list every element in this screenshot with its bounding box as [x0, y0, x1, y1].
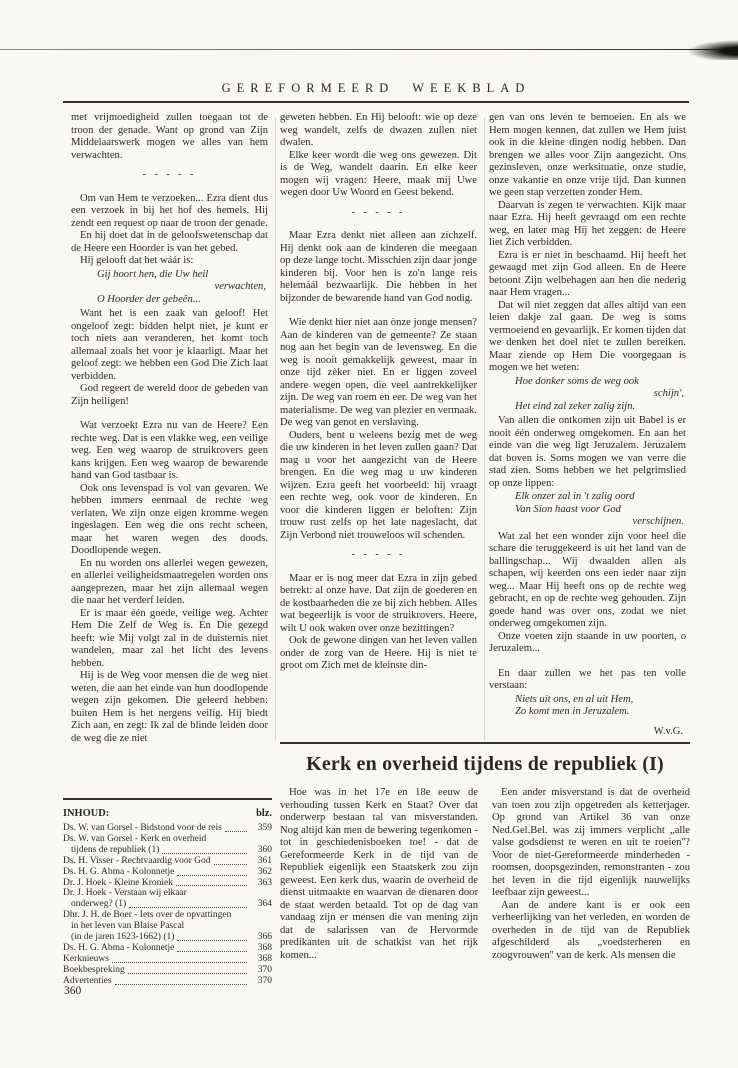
toc-page-number: 366 — [250, 932, 272, 943]
paragraph: Wie denkt hier niet aan ònze jonge mense… — [280, 317, 477, 430]
article2-columns: Hoe was in het 17e en 18e eeuw de verhou… — [280, 787, 690, 962]
toc-page-number: 360 — [250, 845, 272, 856]
article1-column-2: geweten hebben. En Hij belooft: wie op d… — [280, 112, 477, 673]
article2: Kerk en overheid tijdens de republiek (I… — [280, 742, 690, 962]
paragraph: Hij gelooft dat het wáár is: — [71, 255, 268, 268]
paragraph: Wat zal het een wonder zijn voor heel di… — [489, 531, 686, 631]
toc-entry-title: tijdens de republiek (1) — [63, 845, 159, 856]
paragraph: En nu worden ons allerlei wegen gewezen,… — [71, 558, 268, 608]
toc-entry: (in de jaren 1623-1662) (1)366 — [63, 932, 272, 943]
toc-entry-title: Kerknieuws — [63, 954, 109, 965]
paragraph: geweten hebben. En Hij belooft: wie op d… — [280, 112, 477, 150]
scan-artifact-corner-smudge — [688, 40, 738, 60]
verse-line: Van Sion haast voor God — [489, 504, 686, 517]
toc-leader-dots — [162, 853, 247, 854]
paragraph: Want het is een zaak van geloof! Het ong… — [71, 308, 268, 383]
paragraph: Ezra is er niet in beschaamd. Hij heeft … — [489, 250, 686, 300]
toc-entry-list: Ds. W. van Gorsel - Bidstond voor de rei… — [63, 823, 272, 987]
paragraph: Daarvan is zegen te verwachten. Kijk maa… — [489, 200, 686, 250]
paragraph: Elke keer wordt die weg ons gewezen. Dit… — [280, 150, 477, 200]
scan-artifact-top-line — [0, 49, 738, 50]
toc-page-number: 364 — [250, 899, 272, 910]
toc-leader-dots — [177, 940, 247, 941]
toc-entry: Advertenties370 — [63, 976, 272, 987]
toc-entry-title: Ds. H. Visser - Rechtvaardig voor God — [63, 856, 211, 867]
toc-entry-title: Ds. H. G. Abma - Kolonnetje — [63, 943, 174, 954]
verse-line: Elk onzer zal in 't zalig oord — [489, 491, 686, 504]
toc-entry: Ds. H. Visser - Rechtvaardig voor God361 — [63, 856, 272, 867]
verse-quote: Gij hoort hen, die Uw heilverwachten,O H… — [71, 269, 268, 307]
toc-entry-title: onderweg? (1) — [63, 899, 126, 910]
toc-entry-title: Dr. J. Hoek - Kleine Kroniek — [63, 878, 173, 889]
toc-leader-dots — [177, 951, 247, 952]
paragraph: Om van Hem te verzoeken... Ezra dient du… — [71, 193, 268, 231]
verse-quote: Elk onzer zal in 't zalig oordVan Sion h… — [489, 491, 686, 529]
verse-line: Hoe donker soms de weg ook — [489, 376, 686, 389]
toc-page-number: 368 — [250, 943, 272, 954]
paragraph: Maar er is nog meer dat Ezra in zijn geb… — [280, 573, 477, 636]
toc-entry-title: Dr. J. Hoek - Verstaan wij elkaar — [63, 888, 187, 899]
paragraph: gen van ons leven te bemoeien. En als we… — [489, 112, 686, 200]
section-separator: - - - - - — [280, 207, 477, 220]
paragraph: Ook de gewone dingen van het leven valle… — [280, 635, 477, 673]
toc-leader-dots — [112, 962, 247, 963]
toc-title: INHOUD: — [63, 808, 109, 819]
section-separator: - - - - - — [280, 549, 477, 562]
verse-line: schijn', — [489, 388, 686, 401]
verse-line: O Hoorder der gebeên... — [71, 294, 268, 307]
article1-column-1: met vrijmoedigheid zullen toegaan tot de… — [71, 112, 268, 745]
magazine-page: GEREFORMEERD WEEKBLAD met vrijmoedigheid… — [0, 0, 738, 1068]
paragraph: Dat wil niet zeggen dat alles altijd van… — [489, 300, 686, 375]
verse-line: Gij hoort hen, die Uw heil — [71, 269, 268, 282]
paragraph: Hoe was in het 17e en 18e eeuw de verhou… — [280, 787, 478, 962]
toc-leader-dots — [129, 907, 247, 908]
toc-header: INHOUD: blz. — [63, 808, 272, 819]
toc-entry: Kerknieuws368 — [63, 954, 272, 965]
toc-entry-title: (in de jaren 1623-1662) (1) — [63, 932, 174, 943]
masthead-title: GEREFORMEERD WEEKBLAD — [63, 81, 689, 96]
paragraph: Maar Ezra denkt niet alleen aan zichzelf… — [280, 230, 477, 305]
author-signature: W.v.G. — [489, 726, 686, 739]
paragraph: Een ander misverstand is dat de overheid… — [492, 787, 690, 900]
verse-line: Het eind zal zeker zalig zijn. — [489, 401, 686, 414]
toc-page-number: 363 — [250, 878, 272, 889]
verse-quote: Niets uit ons, en al uit Hem,Zo komt men… — [489, 694, 686, 719]
paragraph: Wat verzoekt Ezra nu van de Heere? Een r… — [71, 420, 268, 483]
toc-entry: Dhr. J. H. de Boer - Iets over de opvatt… — [63, 910, 272, 921]
toc-entry: Ds. W. van Gorsel - Kerk en overheid — [63, 834, 272, 845]
table-of-contents: INHOUD: blz. Ds. W. van Gorsel - Bidston… — [63, 798, 272, 987]
article2-column-2: Een ander misverstand is dat de overheid… — [492, 787, 690, 962]
toc-leader-dots — [115, 984, 247, 985]
toc-leader-dots — [225, 831, 247, 832]
toc-leader-dots — [177, 875, 247, 876]
page-number: 360 — [64, 985, 81, 997]
article1-column-3: gen van ons leven te bemoeien. En als we… — [489, 112, 686, 738]
toc-entry-title: Dhr. J. H. de Boer - Iets over de opvatt… — [63, 910, 231, 921]
paragraph: Hij is de Weg voor mensen die de weg nie… — [71, 670, 268, 745]
toc-entry-title: Ds. H. G. Abma - Kolonnetje — [63, 867, 174, 878]
toc-page-number: 370 — [250, 976, 272, 987]
paragraph: Onze voeten zijn staande in uw poorten, … — [489, 631, 686, 656]
toc-page-number: 359 — [250, 823, 272, 834]
section-separator: - - - - - — [71, 169, 268, 182]
toc-entry-title: Boekbespreking — [63, 965, 125, 976]
toc-entry: Boekbespreking370 — [63, 965, 272, 976]
verse-quote: Hoe donker soms de weg ookschijn',Het ei… — [489, 376, 686, 414]
toc-rule — [63, 798, 272, 800]
article2-rule — [280, 742, 690, 744]
paragraph: En daar zullen we het pas ten volle vers… — [489, 668, 686, 693]
paragraph: Van allen die ontkomen zijn uit Babel is… — [489, 415, 686, 490]
toc-leader-dots — [214, 864, 247, 865]
toc-entry: Ds. H. G. Abma - Kolonnetje362 — [63, 867, 272, 878]
toc-pages-label: blz. — [256, 808, 272, 819]
article2-column-1: Hoe was in het 17e en 18e eeuw de verhou… — [280, 787, 478, 962]
toc-entry: in het leven van Blaise Pascal — [63, 921, 272, 932]
toc-entry-title: Ds. W. van Gorsel - Kerk en overheid — [63, 834, 206, 845]
paragraph: met vrijmoedigheid zullen toegaan tot de… — [71, 112, 268, 162]
toc-entry: Ds. W. van Gorsel - Bidstond voor de rei… — [63, 823, 272, 834]
verse-line: Niets uit ons, en al uit Hem, — [489, 694, 686, 707]
article2-title: Kerk en overheid tijdens de republiek (I… — [280, 753, 690, 776]
verse-line: verschijnen. — [489, 516, 686, 529]
column-gutter-rule — [275, 118, 276, 740]
paragraph: Er is maar één goede, veilige weg. Achte… — [71, 608, 268, 671]
verse-line: verwachten, — [71, 281, 268, 294]
column-gutter-rule — [484, 118, 485, 740]
toc-leader-dots — [176, 885, 247, 886]
toc-entry: Ds. H. G. Abma - Kolonnetje368 — [63, 943, 272, 954]
toc-entry: Dr. J. Hoek - Verstaan wij elkaar — [63, 888, 272, 899]
toc-page-number: 368 — [250, 954, 272, 965]
toc-page-number: 361 — [250, 856, 272, 867]
paragraph: En hij doet dat in de geloofswetenschap … — [71, 230, 268, 255]
verse-line: Zo komt men in Jeruzalem. — [489, 706, 686, 719]
toc-entry: onderweg? (1)364 — [63, 899, 272, 910]
toc-entry-title: in het leven van Blaise Pascal — [63, 921, 184, 932]
toc-leader-dots — [128, 973, 247, 974]
paragraph: Ook ons levenspad is vol van gevaren. We… — [71, 483, 268, 558]
masthead-rule — [63, 101, 689, 103]
toc-page-number: 370 — [250, 965, 272, 976]
toc-entry: Dr. J. Hoek - Kleine Kroniek363 — [63, 878, 272, 889]
toc-entry-title: Ds. W. van Gorsel - Bidstond voor de rei… — [63, 823, 222, 834]
toc-page-number: 362 — [250, 867, 272, 878]
toc-entry: tijdens de republiek (1)360 — [63, 845, 272, 856]
paragraph: Aan de andere kant is er ook een verheer… — [492, 900, 690, 963]
paragraph: Ouders, bent u weleens bezig met de weg … — [280, 430, 477, 543]
paragraph: God regeert de wereld door de gebeden va… — [71, 383, 268, 408]
